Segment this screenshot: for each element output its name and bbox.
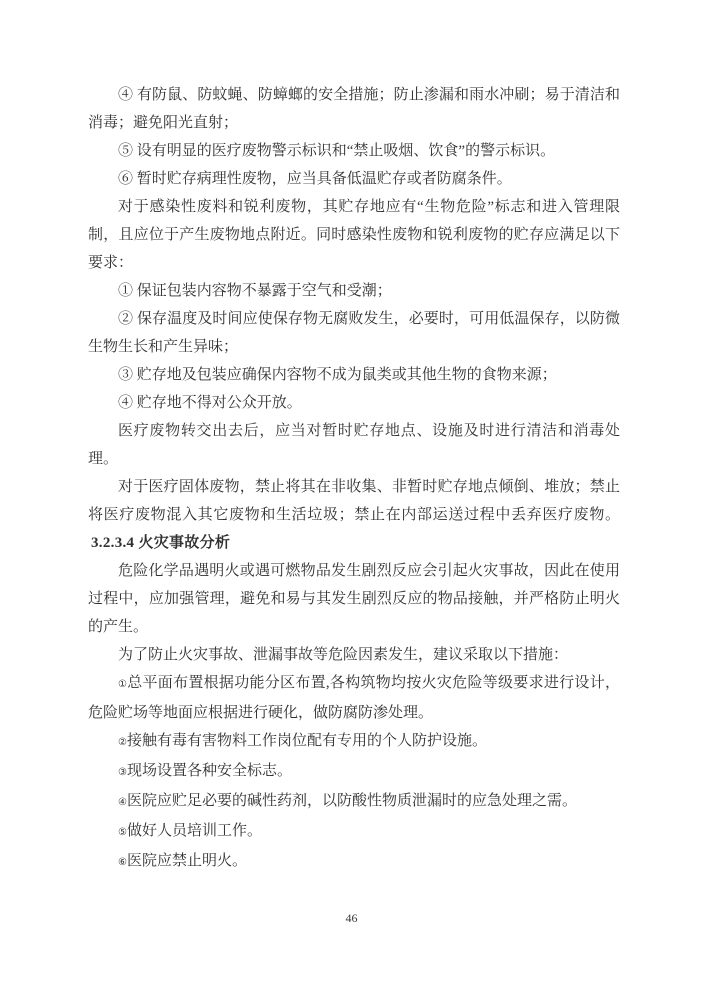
list-marker: ③ xyxy=(118,767,127,778)
list-item-measure-2: ②接触有毒有害物料工作岗位配有专用的个人防护设施。 xyxy=(88,727,620,757)
document-body: ④ 有防鼠、防蚊蝇、防蟑螂的安全措施；防止渗漏和雨水冲刷；易于清洁和消毒；避免阳… xyxy=(88,81,620,877)
paragraph-fire-hazard: 危险化学品遇明火或遇可燃物品发生剧烈反应会引起火灾事故，因此在使用过程中，应加强… xyxy=(88,557,620,641)
list-item-measure-1: ①总平面布置根据功能分区布置,各构筑物均按火灾危险等级要求进行设计，危险贮场等地… xyxy=(88,669,620,727)
list-text: 现场设置各种安全标志。 xyxy=(127,763,292,779)
page-number: 46 xyxy=(0,911,703,926)
paragraph-infectious-waste: 对于感染性废料和锐利废物，其贮存地应有“生物危险”标志和进入管理限制，且应位于产… xyxy=(88,193,620,277)
list-item-measure-3: ③现场设置各种安全标志。 xyxy=(88,757,620,787)
list-text: 总平面布置根据功能分区布置,各构筑物均按火灾危险等级要求进行设计，危险贮场等地面… xyxy=(88,675,620,721)
paragraph-text: 对于医疗固体废物，禁止将其在非收集、非暂时贮存地点倾倒、堆放；禁止将医疗废物混入… xyxy=(88,479,620,523)
list-text: 医院应贮足必要的碱性药剂，以防酸性物质泄漏时的应急处理之需。 xyxy=(127,793,577,809)
paragraph-solid-waste: 对于医疗固体废物，禁止将其在非收集、非暂时贮存地点倾倒、堆放；禁止将医疗废物混入… xyxy=(88,473,620,557)
list-marker: ⑤ xyxy=(118,827,127,838)
list-item-storage-4: ④ 有防鼠、防蚊蝇、防蟑螂的安全措施；防止渗漏和雨水冲刷；易于清洁和消毒；避免阳… xyxy=(88,81,620,137)
list-item-storage-5: ⑤ 设有明显的医疗废物警示标识和“禁止吸烟、饮食”的警示标识。 xyxy=(88,137,620,165)
list-item-storage-6: ⑥ 暂时贮存病理性废物，应当具备低温贮存或者防腐条件。 xyxy=(88,165,620,193)
list-item-requirement-3: ③ 贮存地及包装应确保内容物不成为鼠类或其他生物的食物来源； xyxy=(88,361,620,389)
list-item-requirement-2: ② 保存温度及时间应使保存物无腐败发生，必要时，可用低温保存，以防微生物生长和产… xyxy=(88,305,620,361)
list-marker: ⑥ xyxy=(118,857,127,868)
list-item-measure-5: ⑤做好人员培训工作。 xyxy=(88,817,620,847)
list-item-requirement-4: ④ 贮存地不得对公众开放。 xyxy=(88,389,620,417)
list-marker: ② xyxy=(118,737,127,748)
document-page: ④ 有防鼠、防蚊蝇、防蟑螂的安全措施；防止渗漏和雨水冲刷；易于清洁和消毒；避免阳… xyxy=(0,0,703,994)
list-item-measure-6: ⑥医院应禁止明火。 xyxy=(88,847,620,877)
paragraph-measures-intro: 为了防止火灾事故、泄漏事故等危险因素发生，建议采取以下措施： xyxy=(88,641,620,669)
list-marker: ① xyxy=(118,679,127,690)
list-marker: ④ xyxy=(118,797,127,808)
list-text: 医院应禁止明火。 xyxy=(127,853,247,869)
paragraph-transfer: 医疗废物转交出去后，应当对暂时贮存地点、设施及时进行清洁和消毒处理。 xyxy=(88,417,620,473)
list-item-measure-4: ④医院应贮足必要的碱性药剂，以防酸性物质泄漏时的应急处理之需。 xyxy=(88,787,620,817)
list-text: 接触有毒有害物料工作岗位配有专用的个人防护设施。 xyxy=(127,733,487,749)
list-item-requirement-1: ① 保证包装内容物不暴露于空气和受潮； xyxy=(88,277,620,305)
list-text: 做好人员培训工作。 xyxy=(127,823,262,839)
section-heading: 3.2.3.4 火灾事故分析 xyxy=(91,535,230,551)
